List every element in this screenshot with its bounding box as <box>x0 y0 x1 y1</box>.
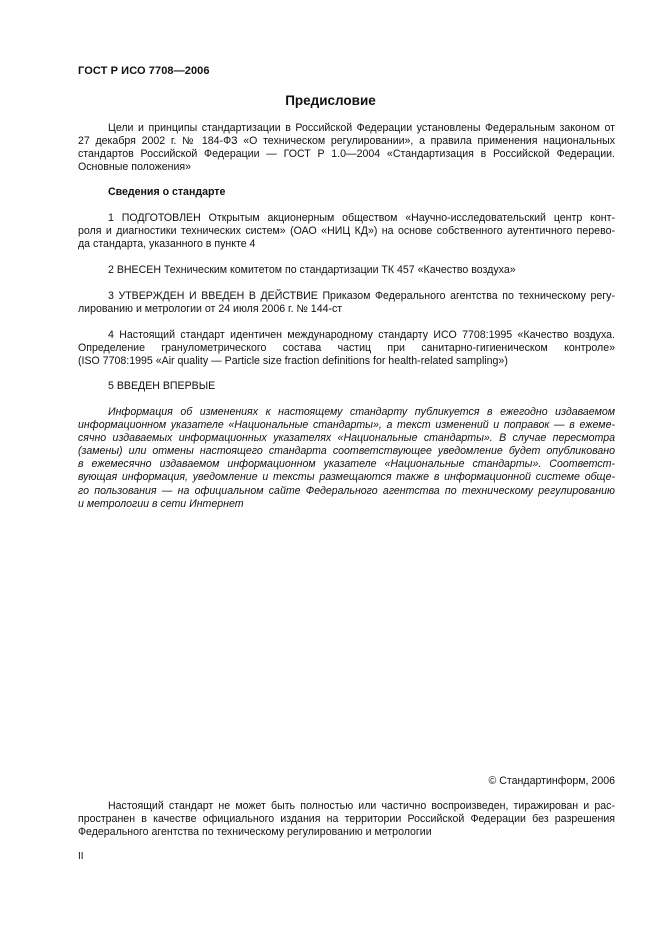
text-line: Определение гранулометрического состава … <box>78 342 615 355</box>
text-line: Цели и принципы стандартизации в Российс… <box>78 122 615 135</box>
intro-paragraph: Цели и принципы стандартизации в Российс… <box>78 122 615 174</box>
text-line: пространен в качестве официального издан… <box>78 813 615 826</box>
text-line: в ежемесячно издаваемом информационном у… <box>78 458 615 471</box>
text-line: Информация об изменениях к настоящему ст… <box>78 406 615 419</box>
legal-paragraph: Настоящий стандарт не может быть полност… <box>78 800 615 839</box>
item-5: 5 ВВЕДЕН ВПЕРВЫЕ <box>78 380 615 393</box>
document-header-id: ГОСТ Р ИСО 7708—2006 <box>78 65 210 77</box>
text-line: стандартов Российской Федерации — ГОСТ Р… <box>78 148 615 161</box>
section-heading: Сведения о стандарте <box>78 186 615 199</box>
text-line: 1 ПОДГОТОВЛЕН Открытым акционерным общес… <box>78 212 615 225</box>
text-line: роля и диагностики технических систем» (… <box>78 225 615 238</box>
notice-paragraph: Информация об изменениях к настоящему ст… <box>78 406 615 511</box>
text-line: да стандарта, указанного в пункте 4 <box>78 238 615 251</box>
copyright: © Стандартинформ, 2006 <box>78 775 615 788</box>
text-line: Основные положения» <box>78 161 615 174</box>
text-line: 4 Настоящий стандарт идентичен междунаро… <box>78 329 615 342</box>
text-line: (замены) или отмены настоящего стандарта… <box>78 445 615 458</box>
text-line: и метрологии в сети Интернет <box>78 498 615 511</box>
text-line: 3 УТВЕРЖДЕН И ВВЕДЕН В ДЕЙСТВИЕ Приказом… <box>78 290 615 303</box>
page-number: II <box>78 851 84 862</box>
text-line: Федерального агентства по техническому р… <box>78 826 615 839</box>
text-line: Настоящий стандарт не может быть полност… <box>78 800 615 813</box>
item-3: 3 УТВЕРЖДЕН И ВВЕДЕН В ДЕЙСТВИЕ Приказом… <box>78 290 615 316</box>
text-line: 2 ВНЕСЕН Техническим комитетом по станда… <box>78 264 615 277</box>
item-2: 2 ВНЕСЕН Техническим комитетом по станда… <box>78 264 615 277</box>
text-line: сячно издаваемых информационных указател… <box>78 432 615 445</box>
text-line: информационном указателе «Национальные с… <box>78 419 615 432</box>
text-line: (ISO 7708:1995 «Air quality — Particle s… <box>78 355 615 368</box>
item-1: 1 ПОДГОТОВЛЕН Открытым акционерным общес… <box>78 212 615 251</box>
text-line: 27 декабря 2002 г. № 184-ФЗ «О техническ… <box>78 135 615 148</box>
item-4: 4 Настоящий стандарт идентичен междунаро… <box>78 329 615 368</box>
text-line: лированию и метрологии от 24 июля 2006 г… <box>78 303 615 316</box>
page-title: Предисловие <box>0 93 661 108</box>
text-line: го пользования — на официальном сайте Фе… <box>78 485 615 498</box>
text-line: вующая информация, уведомление и тексты … <box>78 471 615 484</box>
text-line: 5 ВВЕДЕН ВПЕРВЫЕ <box>78 380 615 393</box>
